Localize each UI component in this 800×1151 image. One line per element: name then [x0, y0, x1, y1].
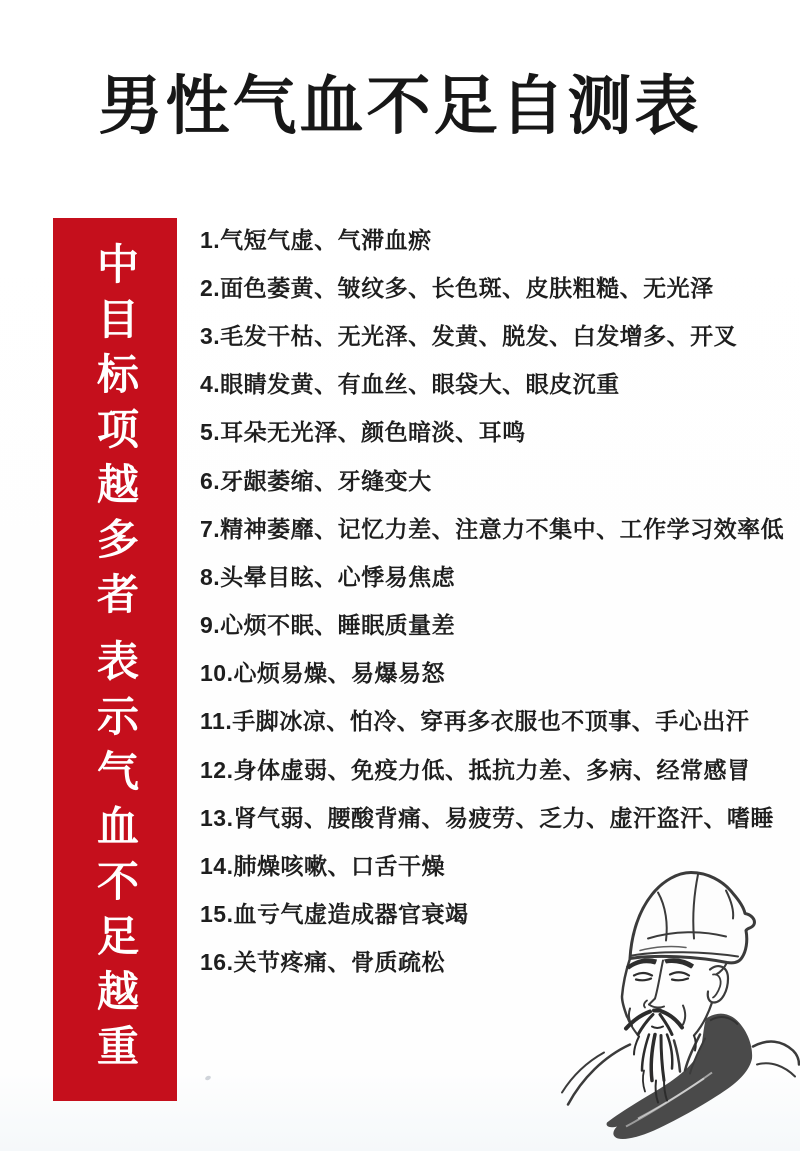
- page-title: 男性气血不足自测表: [0, 70, 800, 144]
- list-item: 3.毛发干枯、无光泽、发黄、脱发、白发增多、开叉: [200, 310, 784, 358]
- banner-text-top: 中目标项越多者: [94, 242, 136, 627]
- list-item: 5.耳朵无光泽、颜色暗淡、耳鸣: [200, 407, 784, 455]
- photo-speck: [204, 1075, 211, 1081]
- eyes: [634, 972, 689, 980]
- list-item: 6.牙龈萎缩、牙缝变大: [200, 455, 784, 503]
- ear: [708, 966, 728, 1002]
- eyebrows: [626, 958, 694, 969]
- list-item: 12.身体虚弱、免疫力低、抵抗力差、多病、经常感冒: [200, 744, 784, 792]
- list-item: 4.眼睛发黄、有血丝、眼袋大、眼皮沉重: [200, 359, 784, 407]
- list-item: 8.头晕目眩、心悸易焦虑: [200, 551, 784, 599]
- poster: 男性气血不足自测表 中目标项越多者 表示气血不足越重 1.气短气虚、气滞血瘀 2…: [0, 0, 800, 1151]
- banner-text-bottom: 表示气血不足越重: [94, 639, 136, 1079]
- list-item: 7.精神萎靡、记忆力差、注意力不集中、工作学习效率低: [200, 503, 784, 551]
- list-item: 1.气短气虚、气滞血瘀: [200, 214, 784, 262]
- list-item: 10.心烦易燥、易爆易怒: [200, 648, 784, 696]
- list-item: 2.面色萎黄、皱纹多、长色斑、皮肤粗糙、无光泽: [200, 262, 784, 310]
- list-item: 11.手脚冰凉、怕冷、穿再多衣服也不顶事、手心出汗: [200, 696, 784, 744]
- physician-illustration-icon: [560, 850, 800, 1151]
- list-item: 13.肾气弱、腰酸背痛、易疲劳、乏力、虚汗盗汗、嗜睡: [200, 792, 784, 840]
- list-item: 9.心烦不眠、睡眠质量差: [200, 600, 784, 648]
- scarf: [607, 1014, 753, 1139]
- red-banner: 中目标项越多者 表示气血不足越重: [53, 218, 177, 1101]
